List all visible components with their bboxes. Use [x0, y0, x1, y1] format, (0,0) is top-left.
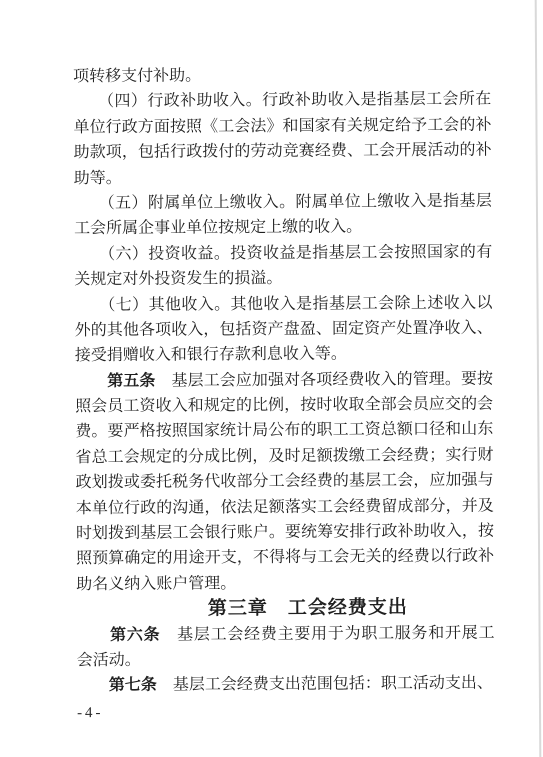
text-segment: 照预算确定的用途开支，不得将与工会无关的经费以行政补	[76, 548, 494, 568]
chapter-heading: 第三章 工会经费支出	[121, 595, 494, 623]
text-line: （五）附属单位上缴收入。附属单位上缴收入是指基层	[74, 189, 492, 217]
text-segment: 行政补助收入是指基层工会所在	[262, 91, 491, 109]
text-line: 助款项，包括行政拨付的劳动竞赛经费、工会开展活动的补	[74, 138, 492, 166]
text-line: 助等。	[74, 163, 492, 191]
text-line: 项转移支付补助。	[73, 62, 491, 90]
text-segment: 助名义纳入账户管理。	[76, 575, 236, 593]
text-line: 本单位行政的沟通，依法足额落实工会经费留成部分，并及	[76, 493, 494, 521]
document-body: 项转移支付补助。 （四）行政补助收入。行政补助收入是指基层工会所在单位行政方面按…	[73, 62, 495, 699]
text-segment: 时划拨到基层工会银行账户。要统筹安排行政补助收入，按	[76, 523, 494, 543]
text-line: 照预算确定的用途开支，不得将与工会无关的经费以行政补	[76, 544, 494, 572]
text-segment	[73, 93, 106, 110]
text-segment: 助等。	[74, 169, 122, 186]
text-line: 单位行政方面按照《工会法》和国家有关规定给予工会的补	[73, 112, 491, 140]
item-title-segment: （六）投资收益。	[107, 245, 230, 263]
item-title-segment: （五）附属单位上缴收入。	[107, 194, 296, 212]
page-number: -4-	[77, 705, 104, 722]
text-segment: 费。要严格按照国家统计局公布的职工工资总额口径和山东	[75, 421, 493, 441]
text-line: （七）其他收入。其他收入是指基层工会除上述收入以	[74, 290, 492, 318]
text-line: （四）行政补助收入。行政补助收入是指基层工会所在	[73, 87, 491, 115]
text-line: 接受捐赠收入和银行存款利息收入等。	[75, 341, 493, 369]
text-segment: 单位行政方面按照《工会法》和国家有关规定给予工会的补	[73, 116, 491, 136]
text-segment	[74, 195, 107, 212]
text-segment: 投资收益是指基层工会按照国家的有	[230, 243, 492, 262]
text-line: 照会员工资收入和规定的比例，按时收取全部会员应交的会	[75, 392, 493, 420]
article-number-segment: 第三章 工会经费支出	[208, 597, 408, 619]
article-number-segment: 第六条	[110, 626, 160, 643]
article-number-segment: 第五条	[107, 372, 155, 389]
text-line: 第六条 基层工会经费主要用于为职工服务和开展工	[76, 620, 494, 648]
text-line: 助名义纳入账户管理。	[76, 569, 494, 597]
text-segment: 接受捐赠收入和银行存款利息收入等。	[75, 346, 347, 365]
article-number-segment: 第七条	[109, 677, 157, 694]
text-segment: 省总工会规定的分成比例，及时足额拨缴工会经费；实行财	[75, 447, 493, 467]
text-line: 时划拨到基层工会银行账户。要统筹安排行政补助收入，按	[76, 519, 494, 547]
text-segment	[77, 677, 109, 694]
text-line: 工会所属企事业单位按规定上缴的收入。	[74, 214, 492, 242]
text-line: 外的其他各项收入，包括资产盘盈、固定资产处置净收入、	[75, 316, 493, 344]
item-title-segment: （四）行政补助收入。	[106, 92, 262, 110]
text-line: 第七条 基层工会经费支出范围包括：职工活动支出、	[77, 671, 495, 699]
page-edge-line	[535, 0, 542, 757]
text-segment: 关规定对外投资发生的损溢。	[74, 270, 282, 288]
text-line: （六）投资收益。投资收益是指基层工会按照国家的有	[74, 239, 492, 267]
text-line: 会活动。	[77, 646, 495, 674]
text-segment: 工会所属企事业单位按规定上缴的收入。	[74, 219, 362, 238]
text-line: 省总工会规定的分成比例，及时足额拨缴工会经费；实行财	[75, 443, 493, 471]
text-segment: 基层工会经费主要用于为职工服务和开展工	[160, 624, 494, 643]
text-line: 关规定对外投资发生的损溢。	[74, 265, 492, 293]
text-segment: 项转移支付补助。	[73, 67, 201, 85]
text-segment	[74, 297, 107, 314]
text-segment: 其他收入是指基层工会除上述收入以	[230, 294, 492, 313]
item-title-segment: （七）其他收入。	[107, 296, 230, 314]
text-line: 费。要严格按照国家统计局公布的职工工资总额口径和山东	[75, 417, 493, 445]
text-segment: 基层工会应加强对各项经费收入的管理。要按	[155, 370, 493, 389]
text-segment: 助款项，包括行政拨付的劳动竞赛经费、工会开展活动的补	[74, 142, 492, 162]
text-segment: 会活动。	[77, 652, 141, 669]
text-line: 第五条 基层工会应加强对各项经费收入的管理。要按	[75, 366, 493, 394]
text-segment	[77, 627, 111, 644]
text-segment: 照会员工资收入和规定的比例，按时收取全部会员应交的会	[75, 396, 493, 416]
text-segment: 本单位行政的沟通，依法足额落实工会经费留成部分，并及	[76, 497, 494, 517]
text-segment: 政划拨或委托税务代收部分工会经费的基层工会，应加强与	[76, 472, 494, 492]
document-page: 项转移支付补助。 （四）行政补助收入。行政补助收入是指基层工会所在单位行政方面按…	[0, 0, 543, 757]
text-segment: 附属单位上缴收入是指基层	[295, 193, 491, 211]
text-segment: 基层工会经费支出范围包括：职工活动支出、	[157, 675, 493, 694]
text-segment	[75, 373, 107, 390]
text-line: 政划拨或委托税务代收部分工会经费的基层工会，应加强与	[76, 468, 494, 496]
text-segment	[74, 246, 107, 263]
text-segment: 外的其他各项收入，包括资产盘盈、固定资产处置净收入、	[75, 320, 493, 340]
